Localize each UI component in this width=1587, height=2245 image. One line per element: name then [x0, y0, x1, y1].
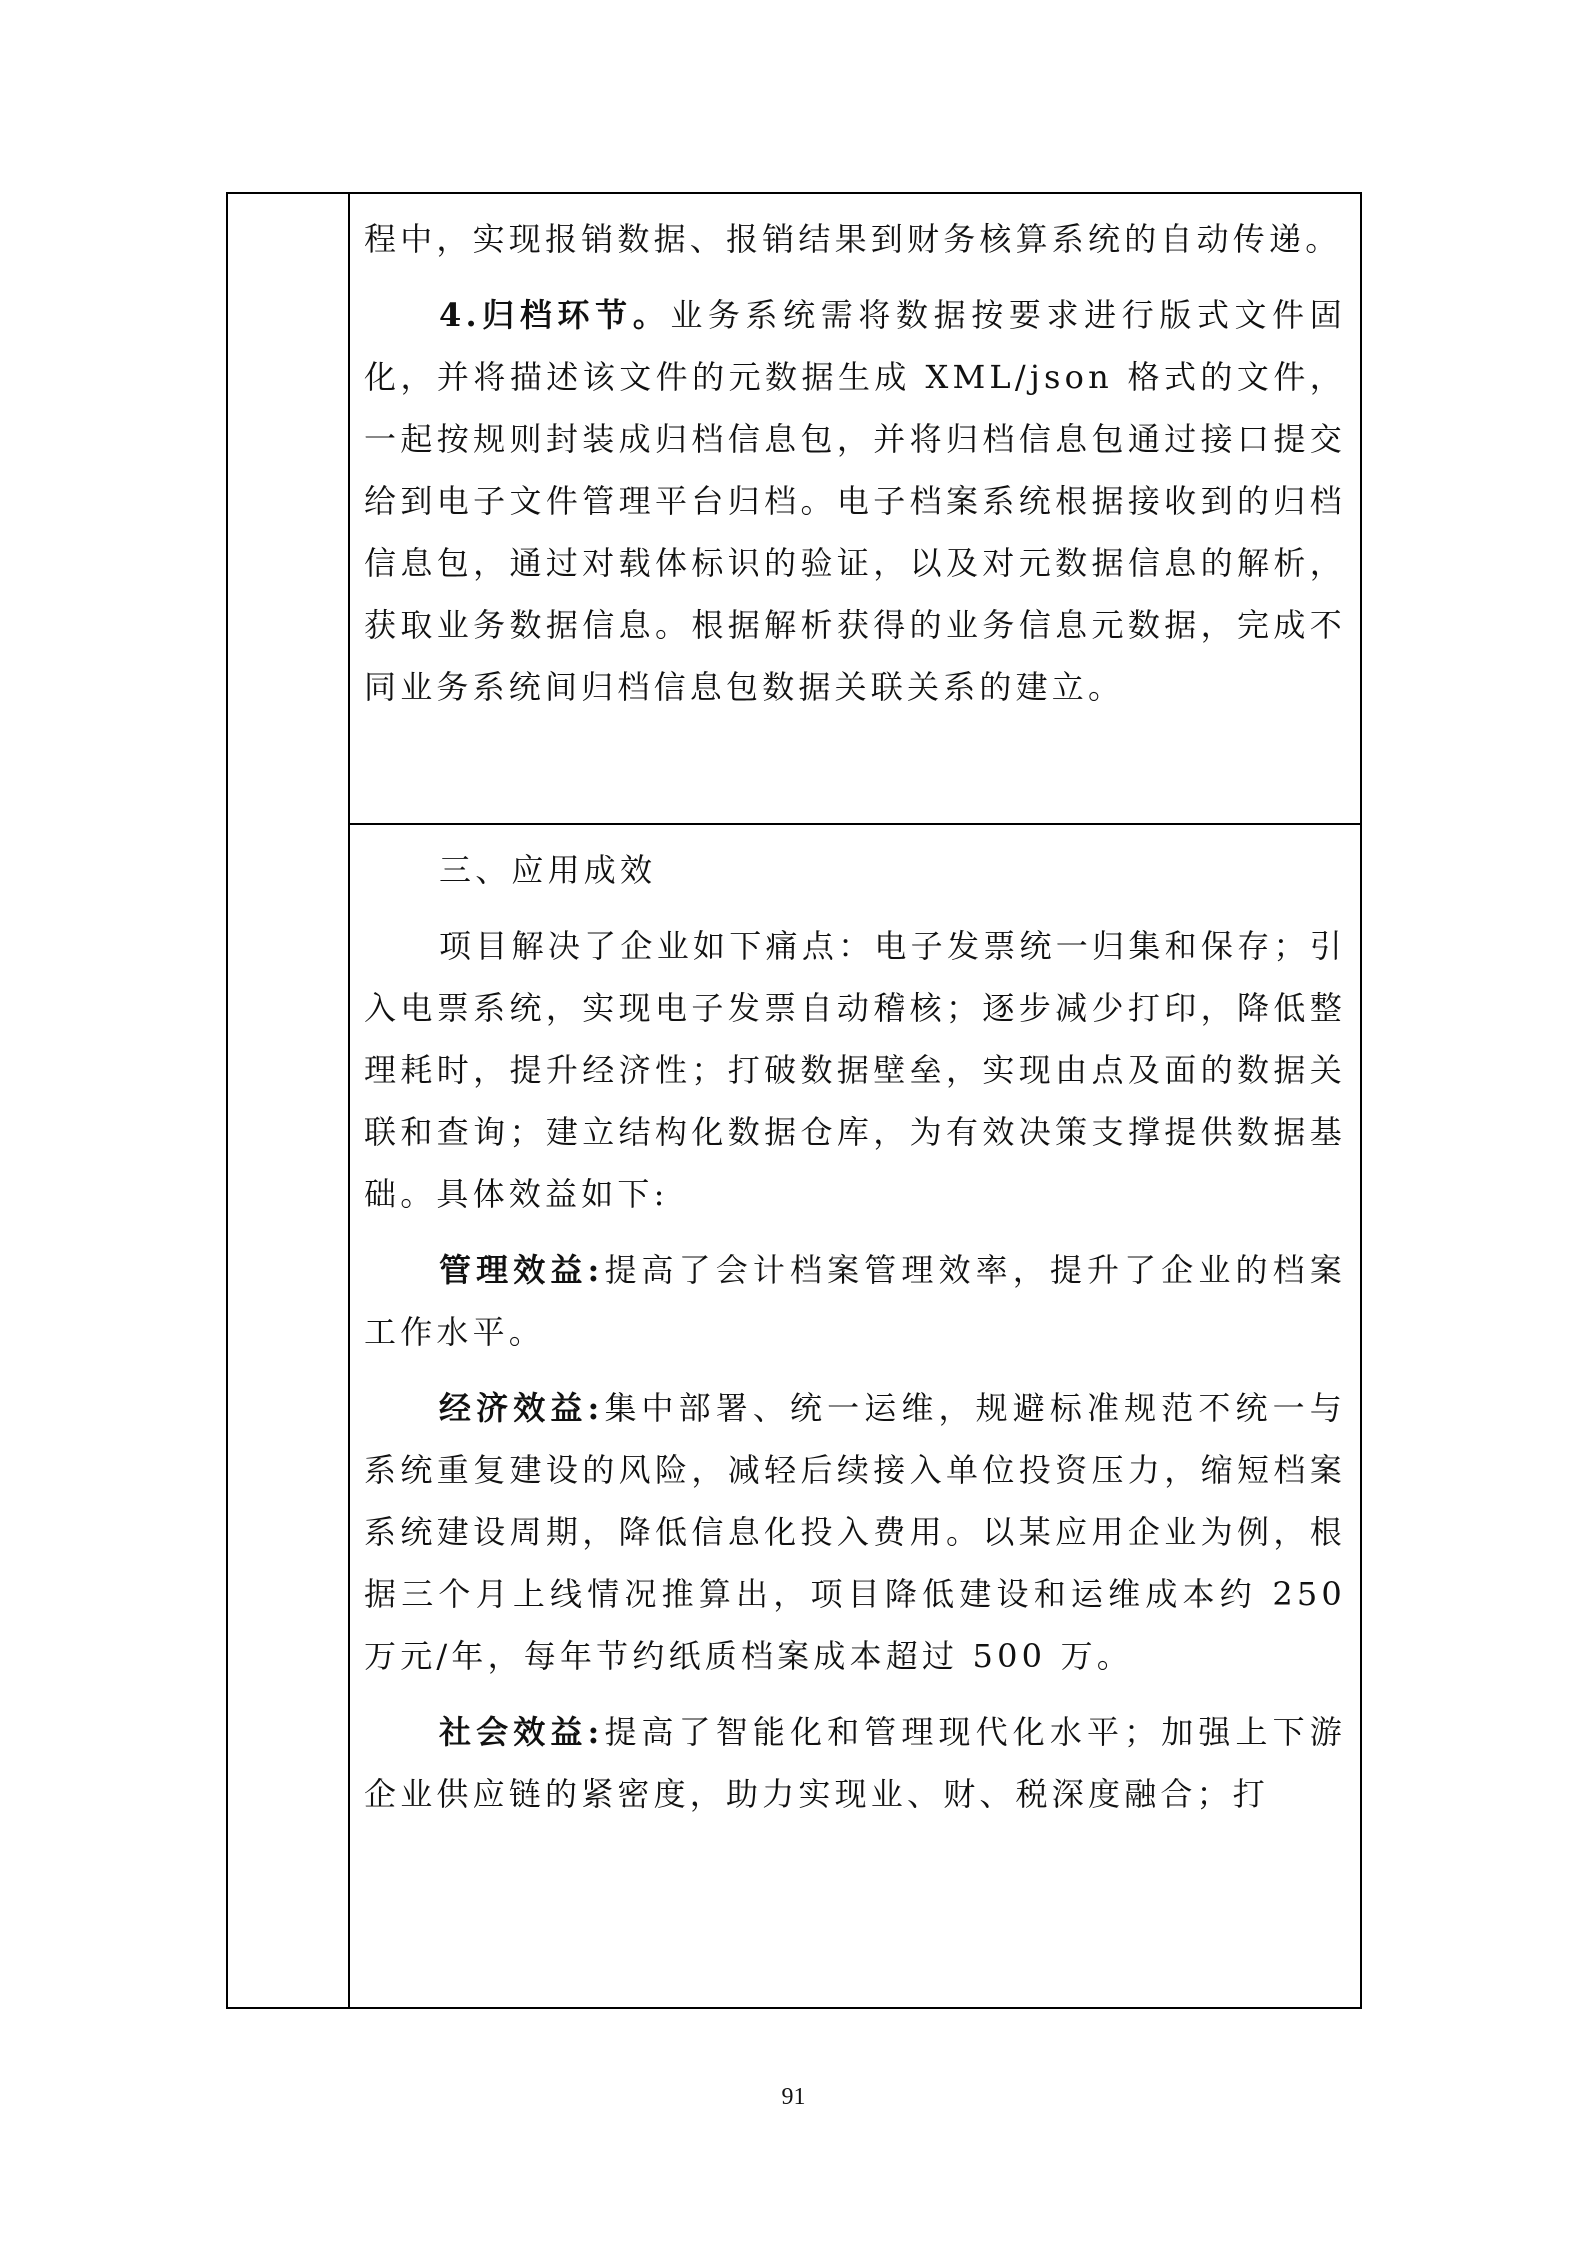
archive-step-label: 4.归档环节。: [439, 296, 670, 334]
management-benefit-paragraph: 管理效益:提高了会计档案管理效率，提升了企业的档案工作水平。: [364, 1239, 1346, 1363]
page-number: 91: [0, 2084, 1587, 2111]
archive-step-cell: 程中，实现报销数据、报销结果到财务核算系统的自动传递。 4.归档环节。业务系统需…: [350, 194, 1360, 823]
application-results-cell: 三、应用成效 项目解决了企业如下痛点：电子发票统一归集和保存；引入电票系统，实现…: [350, 825, 1360, 2007]
economic-benefit-label: 经济效益:: [439, 1389, 604, 1427]
section-heading: 三、应用成效: [364, 839, 1346, 901]
intro-paragraph: 项目解决了企业如下痛点：电子发票统一归集和保存；引入电票系统，实现电子发票自动稽…: [364, 915, 1346, 1225]
social-benefit-paragraph: 社会效益:提高了智能化和管理现代化水平；加强上下游企业供应链的紧密度，助力实现业…: [364, 1701, 1346, 1825]
social-benefit-label: 社会效益:: [439, 1713, 604, 1751]
content-table: 程中，实现报销数据、报销结果到财务核算系统的自动传递。 4.归档环节。业务系统需…: [226, 192, 1362, 2009]
economic-benefit-body: 集中部署、统一运维，规避标准规范不统一与系统重复建设的风险，减轻后续接入单位投资…: [364, 1389, 1346, 1675]
management-benefit-label: 管理效益:: [439, 1251, 604, 1289]
continuation-paragraph: 程中，实现报销数据、报销结果到财务核算系统的自动传递。: [364, 208, 1346, 270]
archive-step-paragraph: 4.归档环节。业务系统需将数据按要求进行版式文件固化，并将描述该文件的元数据生成…: [364, 284, 1346, 718]
archive-step-body: 业务系统需将数据按要求进行版式文件固化，并将描述该文件的元数据生成 XML/js…: [364, 296, 1346, 706]
economic-benefit-paragraph: 经济效益:集中部署、统一运维，规避标准规范不统一与系统重复建设的风险，减轻后续接…: [364, 1377, 1346, 1687]
